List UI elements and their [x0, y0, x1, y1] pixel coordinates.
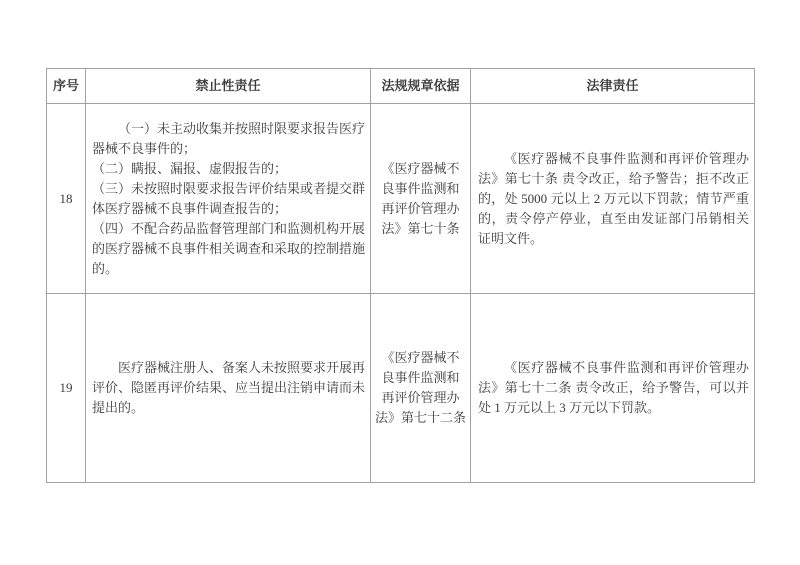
liability-cell: 《医疗器械不良事件监测和再评价管理办法》第七十二条 责令改正，给予警告，可以并处…	[471, 294, 755, 483]
prohibition-paragraph: （二）瞒报、漏报、虚假报告的；	[92, 159, 365, 179]
row-number-cell: 18	[47, 104, 86, 294]
prohibition-paragraph: （四）不配合药品监督管理部门和监测机构开展的医疗器械不良事件相关调查和采取的控制…	[92, 219, 365, 279]
liability-text: 《医疗器械不良事件监测和再评价管理办法》第七十二条 责令改正，给予警告，可以并处…	[478, 358, 749, 418]
legal-basis-text: 《医疗器械不 良事件监测和 再评价管理办 法》第七十条	[373, 159, 468, 239]
liability-cell: 《医疗器械不良事件监测和再评价管理办法》第七十条 责令改正，给予警告；拒不改正的…	[471, 104, 755, 294]
table-row-18: 18 （一）未主动收集并按照时限要求报告医疗器械不良事件的； （二）瞒报、漏报、…	[47, 104, 755, 294]
document-page: 序号 禁止性责任 法规规章依据 法律责任 18 （一）未主动收集并按照时限要求报…	[0, 0, 800, 565]
table-row-19: 19 医疗器械注册人、备案人未按照要求开展再评价、隐匿再评价结果、应当提出注销申…	[47, 294, 755, 483]
prohibition-cell: （一）未主动收集并按照时限要求报告医疗器械不良事件的； （二）瞒报、漏报、虚假报…	[86, 104, 371, 294]
legal-basis-cell: 《医疗器械不 良事件监测和 再评价管理办 法》第七十条	[371, 104, 471, 294]
prohibition-paragraph: 医疗器械注册人、备案人未按照要求开展再评价、隐匿再评价结果、应当提出注销申请而未…	[92, 358, 365, 418]
row-number: 19	[60, 380, 73, 395]
row-number-cell: 19	[47, 294, 86, 483]
prohibition-paragraph: （三）未按照时限要求报告评价结果或者提交群体医疗器械不良事件调查报告的；	[92, 179, 365, 219]
header-row: 序号 禁止性责任 法规规章依据 法律责任	[47, 69, 755, 104]
column-header-number: 序号	[47, 69, 86, 104]
column-header-basis: 法规规章依据	[371, 69, 471, 104]
regulation-table: 序号 禁止性责任 法规规章依据 法律责任 18 （一）未主动收集并按照时限要求报…	[46, 68, 755, 483]
prohibition-cell: 医疗器械注册人、备案人未按照要求开展再评价、隐匿再评价结果、应当提出注销申请而未…	[86, 294, 371, 483]
legal-basis-text: 《医疗器械不 良事件监测和 再评价管理办 法》第七十二条	[373, 348, 468, 428]
column-header-prohibition: 禁止性责任	[86, 69, 371, 104]
liability-text: 《医疗器械不良事件监测和再评价管理办法》第七十条 责令改正，给予警告；拒不改正的…	[478, 149, 749, 249]
column-header-liability: 法律责任	[471, 69, 755, 104]
legal-basis-cell: 《医疗器械不 良事件监测和 再评价管理办 法》第七十二条	[371, 294, 471, 483]
row-number: 18	[60, 191, 73, 206]
prohibition-paragraph: （一）未主动收集并按照时限要求报告医疗器械不良事件的；	[92, 119, 365, 159]
